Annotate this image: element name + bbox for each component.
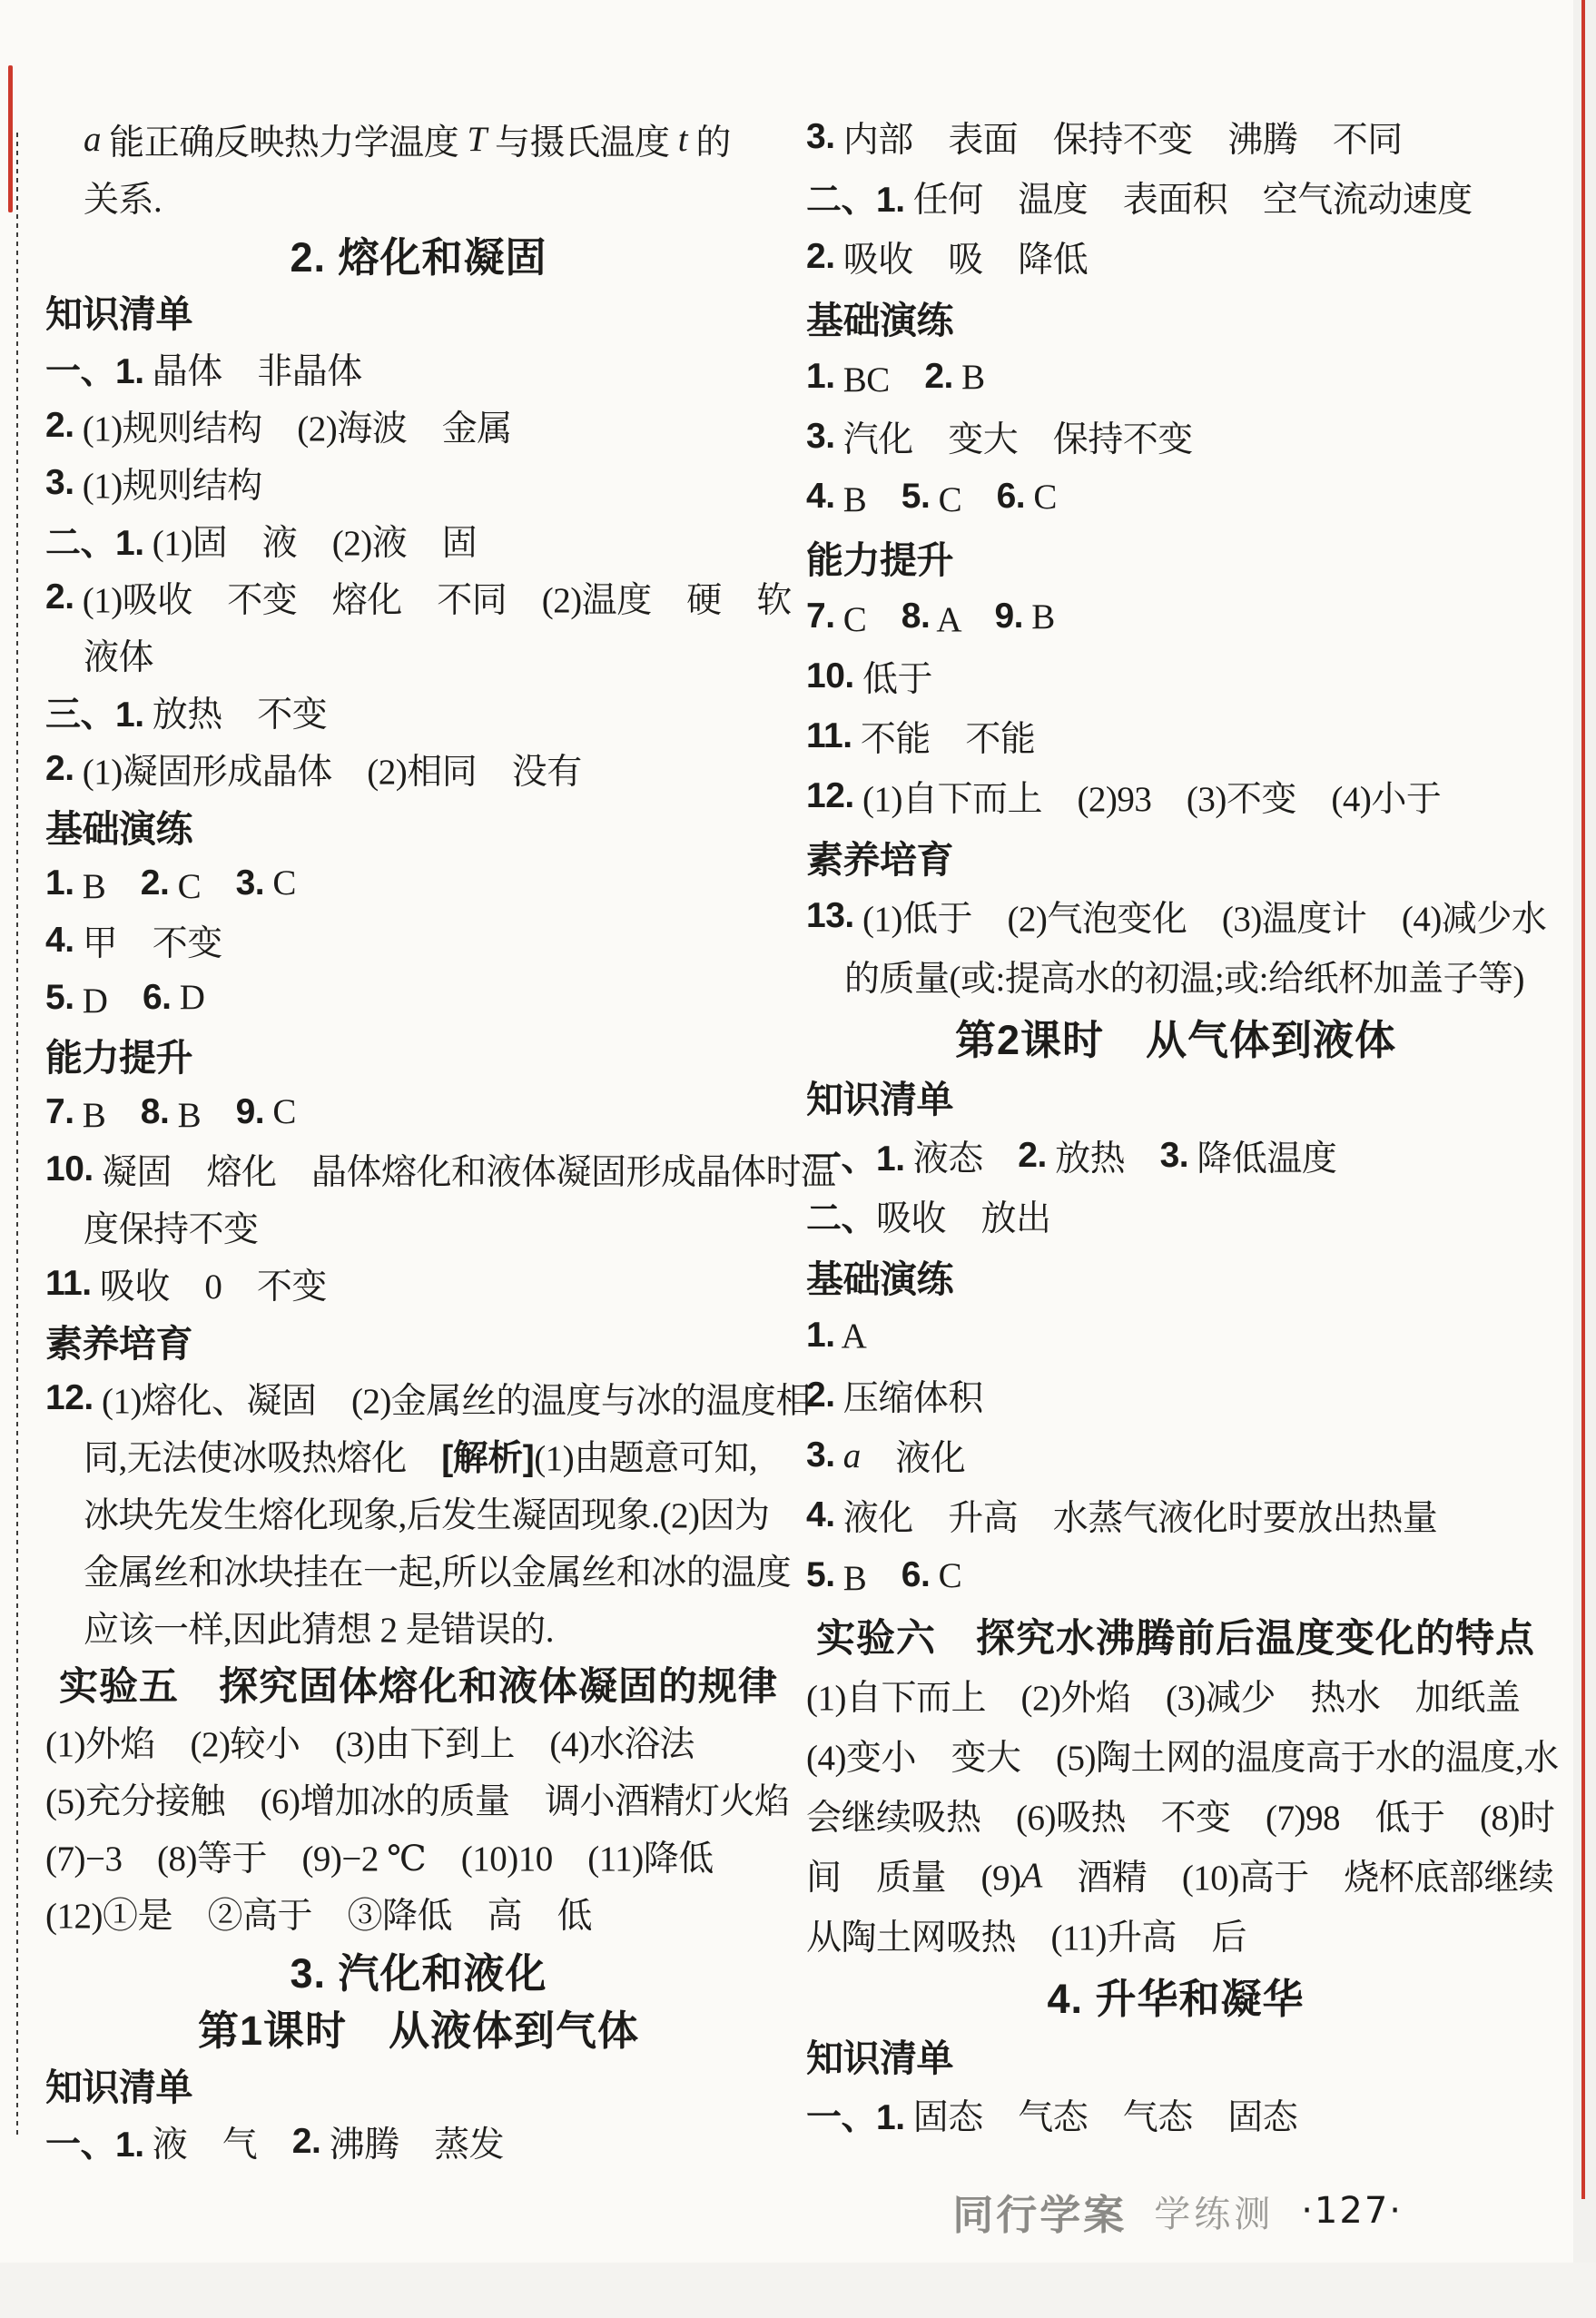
- answer-text: A: [835, 1316, 867, 1356]
- answer-number: 能力提升: [806, 530, 953, 584]
- answer-text: 低于: [854, 651, 932, 702]
- section-header: 素养培育: [45, 1312, 792, 1369]
- answer-line-continuation: 度保持不变: [45, 1198, 792, 1255]
- answer-text: 晶体 非晶体: [144, 343, 362, 394]
- answer-number: 2. 熔化和凝固: [290, 224, 547, 283]
- answer-text: 酒精 (10)高于 烧杯底部继续: [1042, 1849, 1553, 1900]
- answer-line-continuation: 的质量(或:提高水的初温;或:给纸杯加盖子等): [806, 946, 1545, 1006]
- answer-line: 一、1. 晶体 非晶体: [45, 340, 792, 397]
- answer-number: 3.: [236, 863, 265, 903]
- answer-text: a: [84, 119, 101, 160]
- answer-text: 凝固 熔化 晶体熔化和液体凝固形成晶体时温: [94, 1144, 836, 1195]
- answer-text: D: [171, 977, 204, 1018]
- experiment-heading: 实验五 探究固体熔化和液体凝固的规律: [45, 1655, 792, 1712]
- answer-number: 1.: [45, 863, 74, 903]
- answer-line-continuation: 应该一样,因此猜想 2 是错误的.: [45, 1598, 792, 1655]
- answer-text: 液体: [84, 629, 153, 680]
- answer-line: 间 质量 (9)A 酒精 (10)高于 烧杯底部继续: [806, 1845, 1545, 1905]
- answer-line: (1)外焰 (2)较小 (3)由下到上 (4)水浴法: [45, 1712, 792, 1770]
- answer-text: 压缩体积: [835, 1370, 983, 1421]
- answer-line: 二、吸收 放出: [806, 1186, 1545, 1246]
- answer-text: 度保持不变: [84, 1201, 259, 1252]
- answer-line: 2. (1)吸收 不变 熔化 不同 (2)温度 硬 软: [45, 568, 792, 626]
- answer-text: 内部 表面 保持不变 沸腾 不同: [835, 112, 1403, 163]
- section-header: 能力提升: [45, 1026, 792, 1083]
- answer-text: (5)充分接触 (6)增加冰的质量 调小酒精灯火焰: [45, 1773, 789, 1824]
- answer-text: [835, 1435, 843, 1476]
- answer-number: 12.: [806, 776, 854, 816]
- footer-series-label: 学练测: [1154, 2185, 1274, 2237]
- answer-text: 从陶土网吸热 (11)升高 后: [806, 1909, 1246, 1960]
- footer-brand-logo: 同行学案: [952, 2182, 1127, 2241]
- answer-text: 应该一样,因此猜想 2 是错误的.: [84, 1602, 554, 1652]
- answer-number: 一、1.: [806, 1130, 905, 1181]
- answer-text: BC: [835, 351, 925, 402]
- answer-text: B: [1023, 597, 1055, 637]
- answer-text: (1)由题意可知,: [534, 1430, 757, 1481]
- red-page-edge-line: [1581, 0, 1585, 2199]
- answer-line: 10. 凝固 熔化 晶体熔化和液体凝固形成晶体时温: [45, 1140, 792, 1198]
- answer-line: 13. (1)低于 (2)气泡变化 (3)温度计 (4)减少水: [806, 886, 1545, 946]
- answer-text: B: [74, 858, 141, 909]
- answer-number: 2.: [45, 749, 74, 789]
- section-header: 知识清单: [806, 2025, 1545, 2085]
- answer-number: 10.: [806, 656, 854, 696]
- answer-line: 4. 液化 升高 水蒸气液化时要放出热量: [806, 1485, 1545, 1545]
- answer-text: C: [169, 858, 235, 909]
- answer-text: 固态 气态 气态 固态: [905, 2089, 1298, 2140]
- answer-number: 实验六 探究水沸腾前后温度变化的特点: [816, 1608, 1535, 1663]
- answer-text: 的质量(或:提高水的初温;或:给纸杯加盖子等): [844, 951, 1524, 1001]
- answer-number: 5.: [45, 978, 74, 1018]
- answer-number: 4.: [45, 921, 74, 961]
- answer-line: 一、1. 液态 2. 放热 3. 降低温度: [806, 1126, 1545, 1186]
- answer-number: 4.: [806, 477, 835, 517]
- answer-line: 二、1. (1)固 液 (2)液 固: [45, 511, 792, 568]
- answer-number: 知识清单: [806, 2028, 953, 2082]
- answer-line: 7. B 8. B 9. C: [45, 1083, 792, 1140]
- answer-number: 6.: [901, 1555, 931, 1595]
- section-header: 能力提升: [806, 527, 1545, 587]
- course-heading: 2. 熔化和凝固: [45, 225, 792, 282]
- answer-text: B: [835, 1550, 901, 1601]
- answer-text: a: [843, 1435, 861, 1476]
- answer-line-continuation: 关系.: [45, 168, 792, 225]
- section-header: 素养培育: [806, 826, 1545, 886]
- answer-number: 二、1.: [806, 172, 905, 222]
- red-margin-mark: [8, 65, 13, 212]
- answer-number: 能力提升: [45, 1028, 192, 1081]
- answer-text: C: [930, 1555, 961, 1596]
- answer-line: 3. 汽化 变大 保持不变: [806, 407, 1545, 467]
- answer-line: (1)自下而上 (2)外焰 (3)减少 热水 加纸盖: [806, 1665, 1545, 1725]
- answer-number: 5.: [806, 1555, 835, 1595]
- answer-text: 放热: [1047, 1130, 1160, 1181]
- answer-text: B: [74, 1087, 141, 1138]
- page-footer: 同行学案 学练测 ·127·: [0, 2183, 1403, 2239]
- answer-line: 5. D 6. D: [45, 969, 792, 1026]
- answer-text: 关系.: [84, 172, 162, 222]
- answer-number: 9.: [994, 597, 1023, 636]
- answer-number: 二、1.: [45, 515, 144, 566]
- answer-text: 汽化 变大 保持不变: [835, 411, 1193, 462]
- section-header: 基础演练: [45, 797, 792, 854]
- answer-line: 12. (1)自下而上 (2)93 (3)不变 (4)小于: [806, 766, 1545, 826]
- answer-line: 2. 吸收 吸 降低: [806, 227, 1545, 287]
- answer-text: t: [678, 119, 687, 160]
- answer-line: 3. 内部 表面 保持不变 沸腾 不同: [806, 107, 1545, 167]
- answer-number: 基础演练: [45, 799, 192, 853]
- answer-number: 8.: [141, 1092, 170, 1132]
- answer-line: 4. 甲 不变: [45, 912, 792, 969]
- answer-line-continuation: a 能正确反映热力学温度 T 与摄氏温度 t 的: [45, 111, 792, 168]
- course-heading: 第2课时 从气体到液体: [806, 1006, 1545, 1066]
- answer-text: 液化 升高 水蒸气液化时要放出热量: [835, 1490, 1438, 1541]
- answer-number: 实验五 探究固体熔化和液体凝固的规律: [59, 1656, 778, 1711]
- answer-text: (12)①是 ②高于 ③降低 高 低: [45, 1888, 592, 1938]
- answers-column-right: 3. 内部 表面 保持不变 沸腾 不同二、1. 任何 温度 表面积 空气流动速度…: [806, 107, 1545, 2145]
- answer-number: 13.: [806, 896, 854, 936]
- answer-number: 3. 汽化和液化: [290, 1940, 547, 1999]
- answer-line: 一、1. 固态 气态 气态 固态: [806, 2085, 1545, 2145]
- answer-text: B: [953, 357, 985, 398]
- answer-number: 11.: [45, 1264, 92, 1304]
- answer-number: 素养培育: [806, 830, 953, 883]
- answer-text: 吸收 放出: [876, 1190, 1051, 1241]
- answer-text: 不能 不能: [852, 711, 1036, 762]
- answer-line: 一、1. 液 气 2. 沸腾 蒸发: [45, 2113, 792, 2170]
- answer-text: 与摄氏温度: [487, 114, 678, 165]
- answer-number: 第2课时 从气体到液体: [955, 1007, 1396, 1066]
- answer-line: 会继续吸热 (6)吸热 不变 (7)98 低于 (8)时: [806, 1785, 1545, 1845]
- answer-number: 知识清单: [45, 284, 192, 338]
- answer-line-continuation: 冰块先发生熔化现象,后发生凝固现象.(2)因为: [45, 1484, 792, 1541]
- answer-number: 2.: [292, 2122, 321, 2162]
- answer-number: 3.: [1160, 1136, 1189, 1176]
- answer-line: 2. 压缩体积: [806, 1366, 1545, 1425]
- answer-line: 11. 吸收 0 不变: [45, 1255, 792, 1312]
- answer-text: 甲 不变: [74, 915, 222, 966]
- answer-number: 12.: [45, 1378, 94, 1418]
- answer-text: T: [468, 119, 487, 160]
- answer-text: (7)−3 (8)等于 (9)−2 ℃ (10)10 (11)降低: [45, 1830, 714, 1881]
- answer-number: 2.: [924, 357, 953, 397]
- answer-line: 12. (1)熔化、凝固 (2)金属丝的温度与冰的温度相: [45, 1369, 792, 1426]
- footer-page-number: ·127·: [1301, 2190, 1403, 2232]
- answer-number: 一、1.: [45, 343, 144, 394]
- answer-number: 2.: [806, 1376, 835, 1415]
- answer-line: 从陶土网吸热 (11)升高 后: [806, 1905, 1545, 1965]
- answer-number: 三、1.: [45, 686, 144, 737]
- answer-text: B: [169, 1087, 235, 1138]
- answer-text: (1)凝固形成晶体 (2)相同 没有: [74, 744, 582, 794]
- answer-line: (4)变小 变大 (5)陶土网的温度高于水的温度,水: [806, 1725, 1545, 1785]
- section-header: 知识清单: [45, 282, 792, 340]
- answer-number: 5.: [901, 477, 931, 517]
- answer-text: 同,无法使冰吸热熔化: [84, 1430, 441, 1481]
- experiment-heading: 实验六 探究水沸腾前后温度变化的特点: [806, 1605, 1545, 1665]
- answer-number: 知识清单: [806, 1070, 953, 1123]
- answer-number: 6.: [143, 978, 172, 1018]
- answer-text: 能正确反映热力学温度: [101, 114, 468, 165]
- answer-text: 任何 温度 表面积 空气流动速度: [905, 172, 1473, 222]
- answer-line: 3. a 液化: [806, 1425, 1545, 1485]
- answer-text: 液化: [861, 1430, 966, 1481]
- section-header: 知识清单: [806, 1066, 1545, 1126]
- answer-number: 1.: [806, 1316, 835, 1356]
- workbook-answer-page: { "page": { "bg": "#fbfaf7", "accent_red…: [0, 0, 1596, 2318]
- answer-line: 1. B 2. C 3. C: [45, 854, 792, 912]
- answer-line: 2. (1)规则结构 (2)海波 金属: [45, 397, 792, 454]
- answer-number: 2.: [141, 863, 170, 903]
- answers-column-left: a 能正确反映热力学温度 T 与摄氏温度 t 的关系.2. 熔化和凝固知识清单一…: [45, 111, 792, 2170]
- answer-text: 放热 不变: [144, 686, 328, 737]
- answer-number: 2.: [45, 577, 74, 617]
- answer-line: 2. (1)凝固形成晶体 (2)相同 没有: [45, 740, 792, 797]
- answer-number: 1.: [806, 357, 835, 397]
- answer-number: 3.: [806, 117, 835, 157]
- answer-number: 2.: [45, 406, 74, 446]
- answer-number: 2.: [806, 237, 835, 277]
- answer-number: 7.: [45, 1092, 74, 1132]
- answer-text: A: [930, 591, 994, 642]
- answer-line: 5. B 6. C: [806, 1545, 1545, 1605]
- answer-number: 7.: [806, 597, 835, 636]
- answer-line: 4. B 5. C 6. C: [806, 467, 1545, 527]
- answer-line: 1. BC 2. B: [806, 347, 1545, 407]
- answer-text: 吸收 吸 降低: [835, 232, 1089, 282]
- answer-text: D: [74, 972, 143, 1023]
- answer-number: 基础演练: [806, 1249, 953, 1303]
- answer-text: (1)自下而上 (2)外焰 (3)减少 热水 加纸盖: [806, 1670, 1520, 1721]
- answer-line-continuation: 液体: [45, 626, 792, 683]
- answer-number: 一、1.: [806, 2089, 905, 2140]
- answer-line: 3. (1)规则结构: [45, 454, 792, 511]
- answer-text: C: [1025, 477, 1057, 518]
- answer-text: 吸收 0 不变: [92, 1258, 327, 1309]
- answer-number: 2.: [1018, 1136, 1047, 1176]
- answer-number: 10.: [45, 1149, 94, 1189]
- answer-number: 4. 升华和凝华: [1047, 1966, 1304, 2025]
- answer-text: 沸腾 蒸发: [320, 2116, 504, 2167]
- answer-text: 液 气: [144, 2116, 292, 2167]
- answer-number: 素养培育: [45, 1314, 192, 1367]
- answer-number: 6.: [997, 477, 1026, 517]
- answer-line: 7. C 8. A 9. B: [806, 587, 1545, 646]
- answer-number: 第1课时 从液体到气体: [198, 1997, 639, 2057]
- answer-text: (1)熔化、凝固 (2)金属丝的温度与冰的温度相: [94, 1373, 811, 1424]
- answer-text: (1)自下而上 (2)93 (3)不变 (4)小于: [854, 771, 1442, 822]
- course-heading: 第1课时 从液体到气体: [45, 1998, 792, 2056]
- answer-line: 三、1. 放热 不变: [45, 683, 792, 740]
- answer-text: 液态: [905, 1130, 1019, 1181]
- answer-number: 3.: [806, 1435, 835, 1475]
- answer-number: 3.: [45, 463, 74, 503]
- answer-text: 的: [687, 114, 731, 165]
- answer-number: 9.: [236, 1092, 265, 1132]
- answer-text: C: [930, 471, 996, 522]
- answer-line: 二、1. 任何 温度 表面积 空气流动速度: [806, 167, 1545, 227]
- section-header: 基础演练: [806, 287, 1545, 347]
- answer-text: C: [264, 1091, 296, 1132]
- course-heading: 3. 汽化和液化: [45, 1941, 792, 1998]
- answer-number: 8.: [901, 597, 931, 636]
- answer-number: 4.: [806, 1495, 835, 1535]
- answer-text: 降低温度: [1188, 1130, 1336, 1181]
- answer-text: (1)外焰 (2)较小 (3)由下到上 (4)水浴法: [45, 1716, 695, 1767]
- answer-text: C: [835, 591, 901, 642]
- answer-number: 11.: [806, 716, 852, 756]
- answer-number: 一、1.: [45, 2116, 144, 2167]
- answer-text: 冰块先发生熔化现象,后发生凝固现象.(2)因为: [84, 1487, 769, 1538]
- answer-text: 会继续吸热 (6)吸热 不变 (7)98 低于 (8)时: [806, 1790, 1554, 1840]
- answer-text: 间 质量 (9): [806, 1849, 1020, 1900]
- answer-line: (12)①是 ②高于 ③降低 高 低: [45, 1884, 792, 1941]
- answer-number: [解析]: [441, 1430, 534, 1481]
- answer-number: 基础演练: [806, 291, 953, 344]
- answer-text: (1)固 液 (2)液 固: [144, 515, 478, 566]
- answer-text: (1)低于 (2)气泡变化 (3)温度计 (4)减少水: [854, 891, 1547, 942]
- answer-number: 3.: [806, 417, 835, 457]
- answer-text: B: [835, 471, 901, 522]
- section-header: 知识清单: [45, 2056, 792, 2113]
- answer-text: (1)吸收 不变 熔化 不同 (2)温度 硬 软: [74, 572, 792, 623]
- answer-text: C: [264, 863, 296, 903]
- answer-line: 11. 不能 不能: [806, 706, 1545, 766]
- answer-line: (5)充分接触 (6)增加冰的质量 调小酒精灯火焰: [45, 1770, 792, 1827]
- section-header: 基础演练: [806, 1246, 1545, 1306]
- answer-line-continuation: 同,无法使冰吸热熔化 [解析](1)由题意可知,: [45, 1426, 792, 1484]
- scan-bottom-shade: [0, 2263, 1596, 2318]
- answer-line: 10. 低于: [806, 646, 1545, 706]
- answer-text: 金属丝和冰块挂在一起,所以金属丝和冰的温度: [84, 1544, 791, 1595]
- answer-line-continuation: 金属丝和冰块挂在一起,所以金属丝和冰的温度: [45, 1541, 792, 1598]
- answer-number: 知识清单: [45, 2057, 192, 2111]
- answer-text: (1)规则结构: [74, 458, 262, 508]
- answer-text: (4)变小 变大 (5)陶土网的温度高于水的温度,水: [806, 1730, 1559, 1780]
- dashed-margin-line: [16, 133, 18, 2137]
- answer-text: (1)规则结构 (2)海波 金属: [74, 400, 512, 451]
- course-heading: 4. 升华和凝华: [806, 1965, 1545, 2025]
- answer-number: 二、: [806, 1190, 876, 1241]
- answer-text: A: [1020, 1855, 1041, 1896]
- answer-line: 1. A: [806, 1306, 1545, 1366]
- answer-line: (7)−3 (8)等于 (9)−2 ℃ (10)10 (11)降低: [45, 1827, 792, 1884]
